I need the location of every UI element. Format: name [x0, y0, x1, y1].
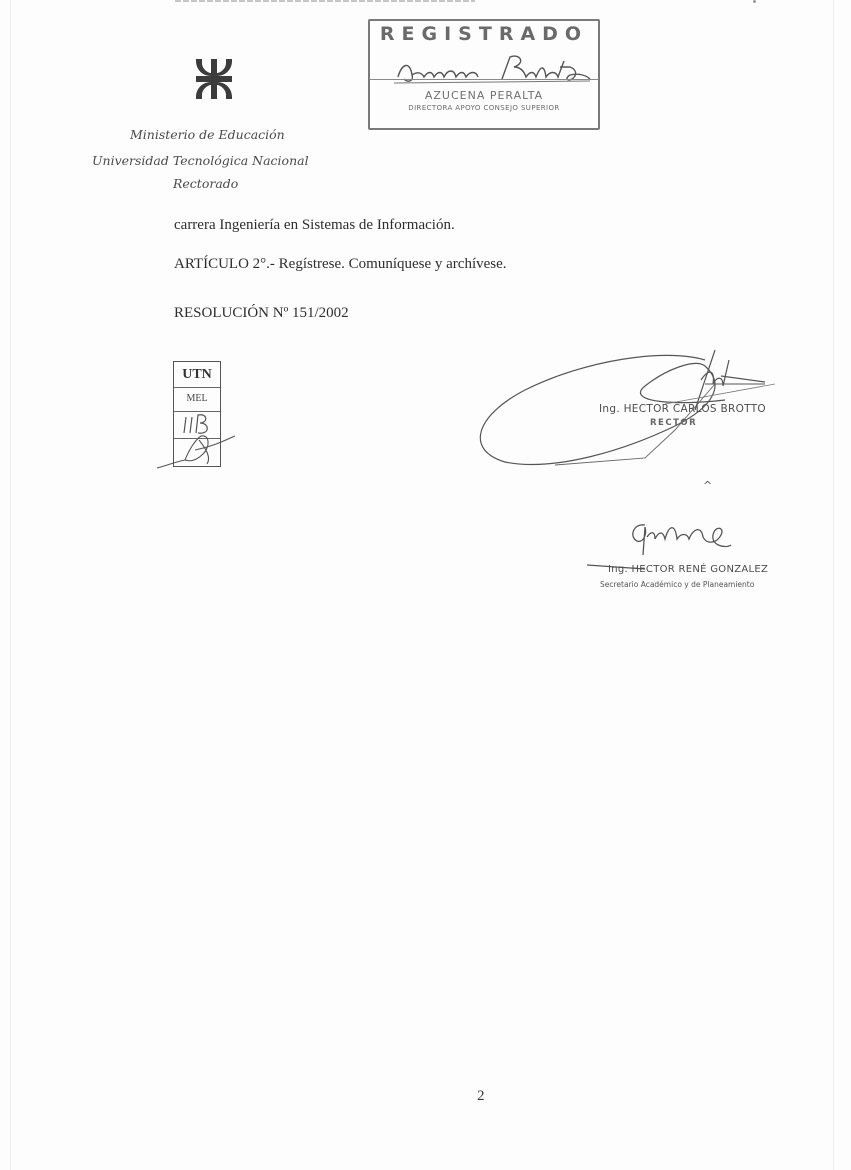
- rector-title: RECTOR: [650, 418, 697, 428]
- letterhead-ministry: Ministerio de Educación: [130, 127, 285, 142]
- scan-mark: [753, 0, 756, 3]
- caret-mark: ^: [703, 479, 712, 492]
- body-line-article: ARTÍCULO 2°.- Regístrese. Comuníquese y …: [174, 256, 507, 273]
- utn-box-code: MEL: [174, 387, 220, 412]
- rector-name: Ing. HECTOR CARLOS BROTTO: [599, 403, 766, 415]
- registered-stamp: REGISTRADO AZUCENA PERALTA DIRECTORA APO…: [368, 19, 600, 130]
- page-edge-left: [10, 0, 11, 1170]
- stamp-title: REGISTRADO: [370, 23, 598, 45]
- letterhead-office: Rectorado: [173, 176, 238, 191]
- secretary-title: Secretario Académico y de Planeamiento: [600, 580, 754, 589]
- body-line-career: carrera Ingeniería en Sistemas de Inform…: [174, 217, 455, 234]
- secretary-name: Ing. HECTOR RENÉ GONZALEZ: [608, 564, 768, 575]
- document-page: REGISTRADO AZUCENA PERALTA DIRECTORA APO…: [0, 0, 851, 1170]
- utn-logo-icon: [196, 59, 232, 99]
- stamp-signature-icon: [392, 53, 592, 87]
- cut-off-previous-line: [175, 0, 475, 2]
- secretary-signature-icon: [585, 515, 745, 570]
- page-number: 2: [477, 1088, 485, 1105]
- utn-box-signature-icon: [155, 410, 255, 470]
- utn-box-header: UTN: [174, 362, 220, 388]
- page-edge-right: [833, 0, 834, 1170]
- stamp-role: DIRECTORA APOYO CONSEJO SUPERIOR: [370, 104, 598, 112]
- resolution-number: RESOLUCIÓN Nº 151/2002: [174, 305, 349, 322]
- stamp-name: AZUCENA PERALTA: [370, 89, 598, 102]
- letterhead-university: Universidad Tecnológica Nacional: [92, 153, 309, 168]
- stamp-divider: [370, 79, 598, 80]
